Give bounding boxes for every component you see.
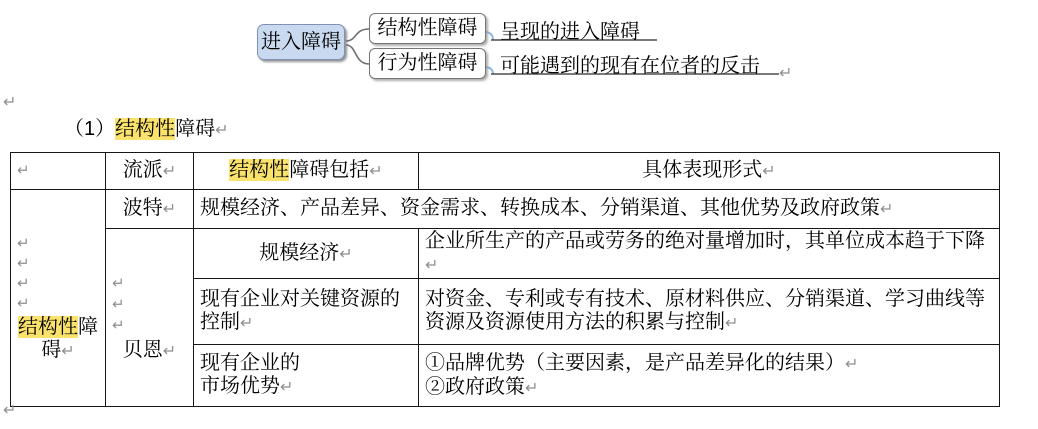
paragraph-mark: ↵ bbox=[17, 254, 99, 274]
diagram-branch-label-structural: 呈现的进入障碍 bbox=[500, 15, 640, 44]
paragraph-mark: ↵ bbox=[163, 201, 176, 218]
bain-desc-text: 对资金、专利或专有技术、原材料供应、分销渠道、学习曲线等资源及资源使用方法的积累… bbox=[425, 288, 985, 333]
paragraph-mark: ↵ bbox=[112, 294, 187, 315]
paragraph-mark: ↵ bbox=[280, 379, 293, 396]
header-cell-forms: 具体表现形式↵ bbox=[419, 153, 1000, 190]
bain-label-text: 贝恩 bbox=[123, 339, 163, 361]
header-school-label: 流派 bbox=[123, 159, 163, 181]
bain-item-text: 规模经济 bbox=[259, 242, 339, 264]
paragraph-mark: ↵ bbox=[240, 315, 253, 332]
heading-highlighted-text: 结构性 bbox=[115, 118, 175, 140]
heading-number: （1） bbox=[64, 118, 115, 140]
paragraph-mark: ↵ bbox=[163, 343, 176, 360]
heading-rest-text: 障碍 bbox=[175, 118, 215, 140]
bain-desc-line2: ②政府政策↵ bbox=[425, 376, 993, 400]
paragraph-mark: ↵ bbox=[880, 201, 893, 218]
bain-desc-cell-key-resources: 对资金、专利或专有技术、原材料供应、分销渠道、学习曲线等资源及资源使用方法的积累… bbox=[419, 279, 1000, 345]
bain-item-text: 现有企业对关键资源的控制 bbox=[200, 288, 400, 333]
porter-content-cell: 规模经济、产品差异、资金需求、转换成本、分销渠道、其他优势及政府政策↵ bbox=[194, 190, 1000, 229]
paragraph-mark: ↵ bbox=[17, 274, 99, 294]
category-label: 结构性障碍↵ bbox=[17, 316, 99, 363]
paragraph-mark: ↵ bbox=[112, 315, 187, 336]
paragraph-mark: ↵ bbox=[17, 294, 99, 314]
porter-content-text: 规模经济、产品差异、资金需求、转换成本、分销渠道、其他优势及政府政策 bbox=[200, 197, 880, 219]
bain-item-line1: 现有企业的 bbox=[200, 352, 412, 375]
diagram-root-node: 进入障碍 bbox=[257, 24, 345, 60]
paragraph-mark: ↵ bbox=[3, 403, 16, 419]
header-includes-rest: 障碍包括 bbox=[289, 159, 369, 181]
paragraph-mark: ↵ bbox=[17, 161, 99, 181]
paragraph-mark: ↵ bbox=[425, 257, 438, 274]
table-header-row: ↵ 流派↵ 结构性障碍包括↵ 具体表现形式↵ bbox=[11, 153, 1000, 190]
diagram-node-structural-barrier: 结构性障碍 bbox=[369, 13, 486, 44]
paragraph-mark: ↵ bbox=[779, 66, 792, 82]
entry-barriers-diagram: 进入障碍 结构性障碍 行为性障碍 呈现的进入障碍 可能遇到的现有在位者的反击 ↵ bbox=[0, 0, 1038, 95]
document-page: { "marks": { "pilcrow": "↵" }, "colors":… bbox=[0, 0, 1038, 429]
bain-desc-cell-market-advantage: ①品牌优势（主要因素，是产品差异化的结果）↵ ②政府政策↵ bbox=[419, 345, 1000, 407]
header-cell-school: 流派↵ bbox=[106, 153, 194, 190]
paragraph-mark: ↵ bbox=[339, 246, 352, 263]
table-row-scale-economy: ↵ ↵ ↵ 贝恩↵ 规模经济↵ 企业所生产的产品或劳务的绝对量增加时，其单位成本… bbox=[11, 229, 1000, 279]
porter-label: 波特 bbox=[123, 197, 163, 219]
header-includes-highlight: 结构性 bbox=[229, 159, 289, 181]
category-highlighted-text: 结构性 bbox=[18, 316, 78, 338]
bain-desc-text: 企业所生产的产品或劳务的绝对量增加时，其单位成本趋于下降 bbox=[425, 230, 985, 252]
paragraph-mark: ↵ bbox=[163, 163, 176, 180]
structural-barriers-table: ↵ 流派↵ 结构性障碍包括↵ 具体表现形式↵ ↵ ↵ ↵ ↵ 结构性障碍↵ 波特… bbox=[10, 152, 1000, 407]
paragraph-mark: ↵ bbox=[369, 163, 382, 180]
paragraph-mark: ↵ bbox=[762, 163, 775, 180]
diagram-node-behavioral-barrier: 行为性障碍 bbox=[369, 48, 486, 79]
paragraph-mark: ↵ bbox=[215, 122, 228, 139]
section-heading: （1）结构性障碍↵ bbox=[64, 116, 229, 144]
table-row-porter: ↵ ↵ ↵ ↵ 结构性障碍↵ 波特↵ 规模经济、产品差异、资金需求、转换成本、分… bbox=[11, 190, 1000, 229]
paragraph-mark: ↵ bbox=[525, 380, 538, 397]
paragraph-mark: ↵ bbox=[112, 273, 187, 294]
bain-item-cell-market-advantage: 现有企业的 市场优势↵ bbox=[194, 345, 419, 407]
paragraph-mark: ↵ bbox=[17, 234, 99, 254]
bain-desc-line1: ①品牌优势（主要因素，是产品差异化的结果）↵ bbox=[425, 352, 993, 376]
bain-desc-cell-scale-economy: 企业所生产的产品或劳务的绝对量增加时，其单位成本趋于下降↵ bbox=[419, 229, 1000, 279]
header-cell-blank: ↵ bbox=[11, 153, 106, 190]
bain-label: 贝恩↵ bbox=[112, 339, 187, 363]
diagram-branch-label-behavioral: 可能遇到的现有在位者的反击 bbox=[500, 49, 760, 78]
category-cell-structural-barrier: ↵ ↵ ↵ ↵ 结构性障碍↵ bbox=[11, 190, 106, 407]
header-cell-includes: 结构性障碍包括↵ bbox=[194, 153, 419, 190]
header-forms-label: 具体表现形式 bbox=[642, 159, 762, 181]
paragraph-mark: ↵ bbox=[61, 343, 74, 360]
paragraph-mark: ↵ bbox=[845, 356, 858, 373]
bain-item-cell-scale-economy: 规模经济↵ bbox=[194, 229, 419, 279]
bain-item-cell-key-resources: 现有企业对关键资源的控制↵ bbox=[194, 279, 419, 345]
school-cell-porter: 波特↵ bbox=[106, 190, 194, 229]
paragraph-mark: ↵ bbox=[725, 315, 738, 332]
bain-item-line2: 市场优势↵ bbox=[200, 375, 412, 399]
school-cell-bain: ↵ ↵ ↵ 贝恩↵ bbox=[106, 229, 194, 407]
paragraph-mark: ↵ bbox=[3, 95, 16, 111]
